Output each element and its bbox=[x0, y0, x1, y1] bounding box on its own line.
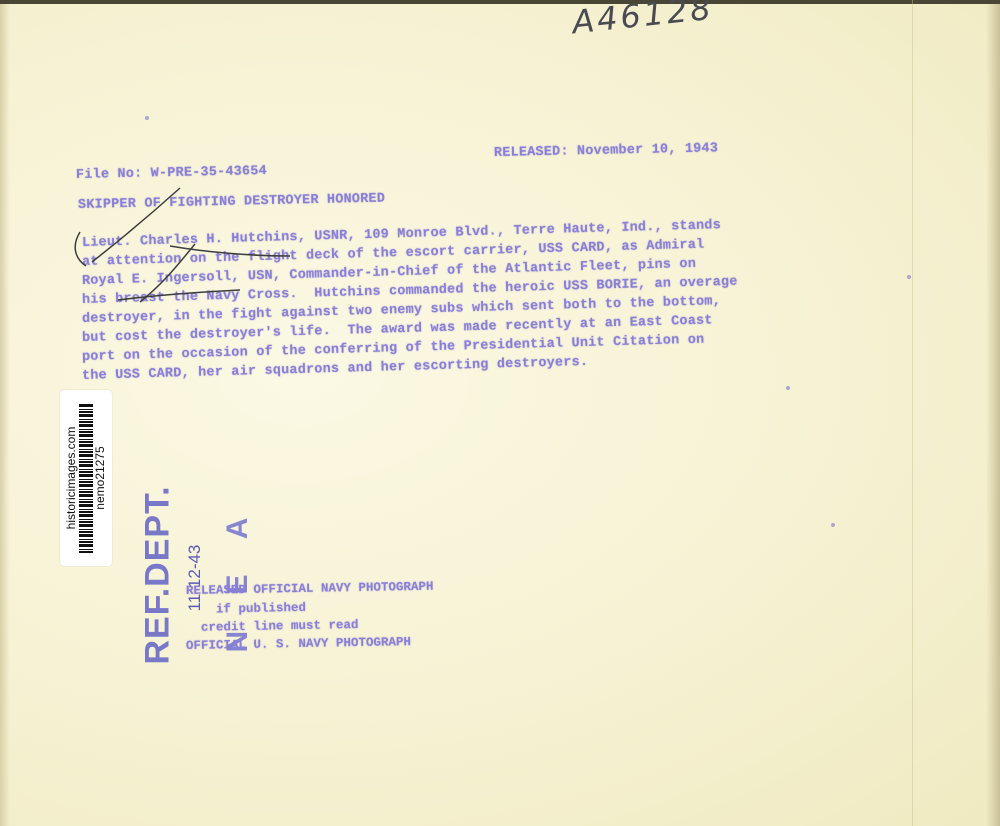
date-stamp: 11-12-43 bbox=[185, 545, 205, 612]
ink-speck bbox=[786, 386, 790, 390]
paper-crease bbox=[912, 0, 913, 826]
credit-line: credit line must read bbox=[186, 618, 359, 635]
barcode-bars bbox=[79, 403, 93, 553]
ink-speck bbox=[145, 116, 149, 120]
ref-dept-stamp: REF.DEPT. bbox=[139, 485, 178, 664]
ink-speck bbox=[831, 523, 835, 527]
ink-speck bbox=[907, 275, 911, 279]
credit-line: if published bbox=[186, 601, 306, 617]
barcode-code: nemo21275 bbox=[94, 446, 107, 509]
barcode-label: historicimages.com nemo21275 bbox=[60, 390, 112, 566]
barcode-site: historicimages.com bbox=[65, 427, 78, 530]
photo-back-paper bbox=[0, 0, 1000, 826]
top-edge-shadow bbox=[0, 0, 1000, 4]
